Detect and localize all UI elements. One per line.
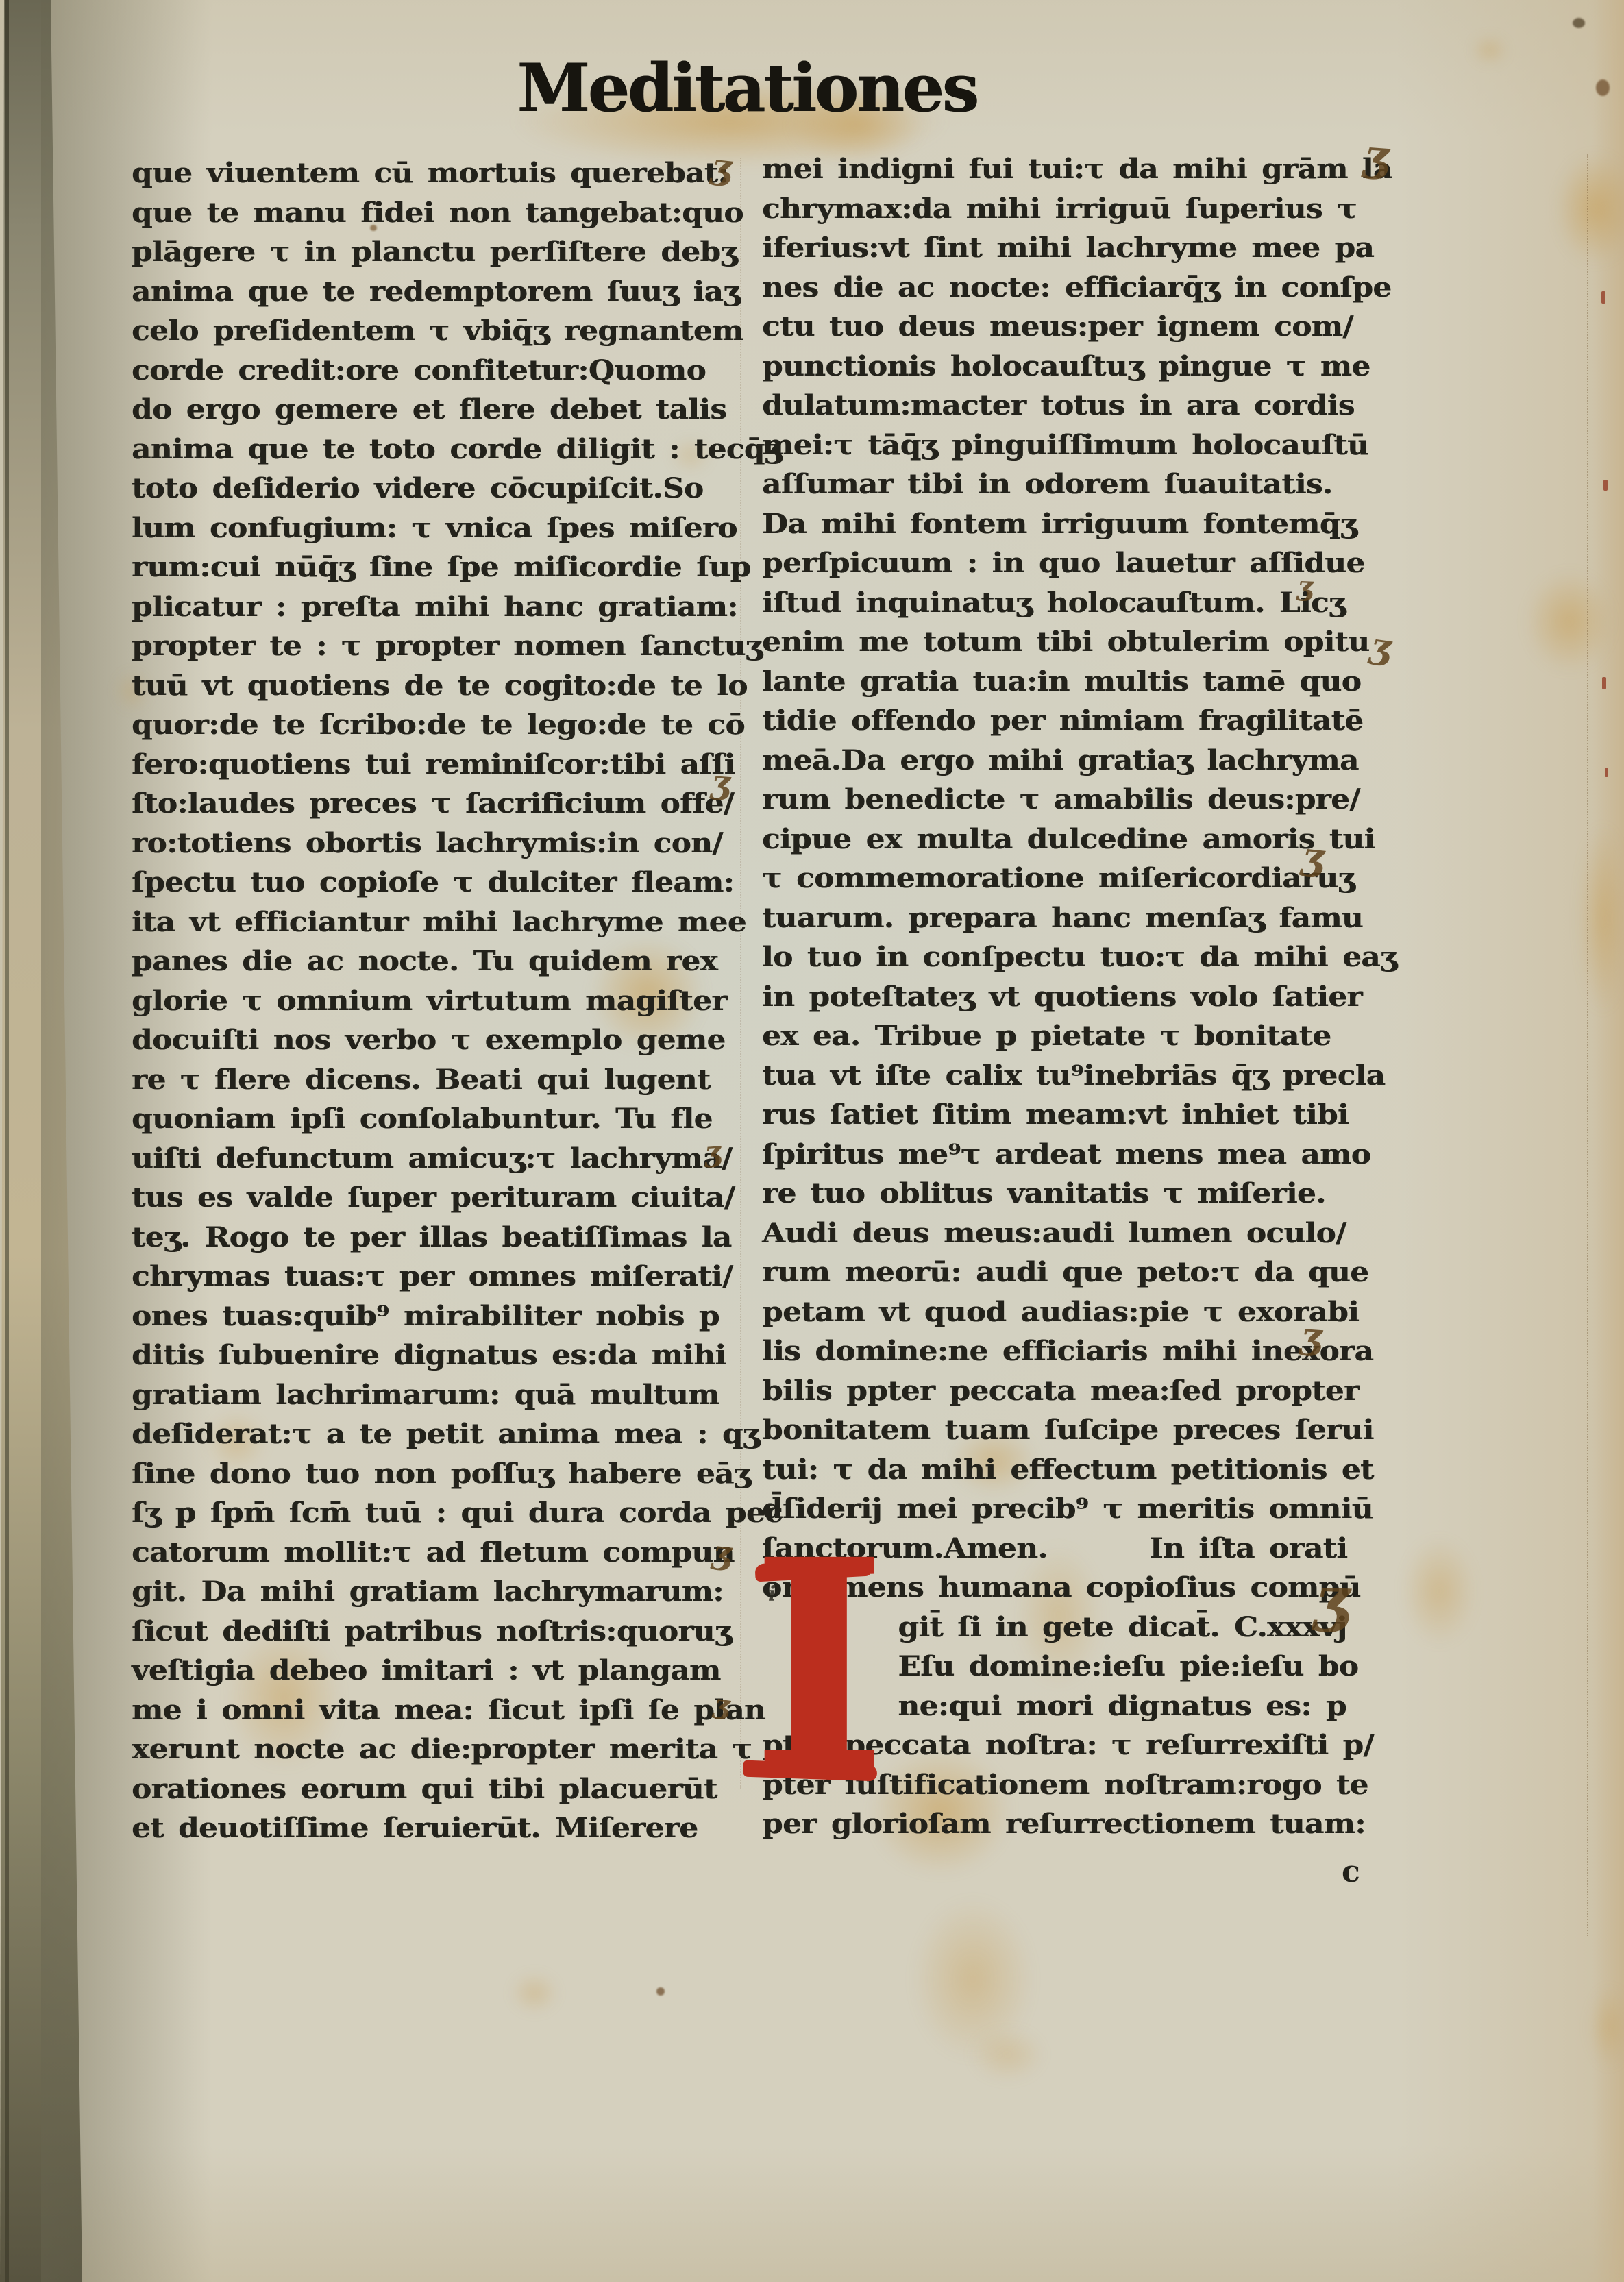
text-line: et deuotiſſime ſeruierūt. Miſerere — [132, 1808, 783, 1848]
text-line: ne:qui mori dignatus es: p — [898, 1686, 1397, 1726]
paper-stain — [1578, 822, 1624, 1014]
text-line: ita vt efficiantur mihi lachryme mee — [132, 903, 783, 942]
text-line: quoniam ipſi conſolabuntur. Tu fle — [132, 1099, 783, 1139]
text-line: lum confugium: τ vnica ſpes miſero — [132, 508, 783, 548]
text-line: corde credit:ore confitetur:Quomo — [132, 351, 783, 391]
text-line: anima que te toto corde diligit : tecq̄ʒ — [132, 430, 783, 469]
paper-stain — [1525, 570, 1614, 673]
text-line: mei:τ tāq̄ʒ pinguiſſimum holocauſtū — [762, 426, 1397, 465]
text-line: lo tuo in conſpectu tuo:τ da mihi eaʒ — [762, 937, 1397, 977]
text-line: tua vt iſte calix tu⁹inebriās q̄ʒ precla — [762, 1056, 1397, 1096]
text-line: ex ea. Tribue p pietate τ bonitate — [762, 1016, 1397, 1056]
text-line: ſto:laudes preces τ ſacrificium offe/ — [132, 784, 783, 824]
paper-stain — [1401, 1536, 1477, 1646]
text-line: iferius:vt ſint mihi lachryme mee pa — [762, 228, 1397, 268]
text-line: punctionis holocauſtuʒ pingue τ me — [762, 347, 1397, 387]
text-line: anima que te redemptorem ſuuʒ iaʒ — [132, 272, 783, 312]
text-line: quor:de te ſcribo:de te lego:de te cō — [132, 705, 783, 745]
paper-speck — [1596, 79, 1610, 96]
text-line: ſpiritus me⁹τ ardeat mens mea amo — [762, 1135, 1397, 1175]
edge-red-mark — [1605, 768, 1608, 777]
text-line: tidie offendo per nimiam fragilitatē — [762, 701, 1397, 741]
text-line: orationes eorum qui tibi placuerūt — [132, 1769, 783, 1809]
text-line: tus es valde ſuper perituram ciuita/ — [132, 1178, 783, 1218]
text-line: aſſumar tibi in odorem ſuauitatis. — [762, 465, 1397, 504]
text-line: cipue ex multa dulcedine amoris tui — [762, 820, 1397, 859]
text-line: fero:quotiens tui reminiſcor:tibi aſſi — [132, 745, 783, 785]
text-line: propter te : τ propter nomen ſanctuʒ — [132, 626, 783, 666]
text-line: plicatur : preſta mihi hanc gratiam: — [132, 587, 783, 627]
paper-speck — [1573, 18, 1585, 28]
text-line: teʒ. Rogo te per illas beatiſſimas la — [132, 1218, 783, 1257]
text-line: deſiderat:τ a te petit anima mea : qʒ — [132, 1414, 783, 1454]
text-line: rus ſatiet ſitim meam:vt inhiet tibi — [762, 1095, 1397, 1135]
margin-squiggle: ʒ — [710, 765, 731, 800]
text-line: Audi deus meus:audi lumen oculo/ — [762, 1214, 1397, 1253]
margin-squiggle: ʒ — [1362, 134, 1390, 179]
column-rule-right — [1587, 154, 1588, 1936]
text-line: re τ flere dicens. Beati qui lugent — [132, 1060, 783, 1100]
text-line: Da mihi fontem irriguum fontemq̄ʒ — [762, 504, 1397, 544]
text-line: tuū vt quotiens de te cogito:de te lo — [132, 666, 783, 706]
text-line: toto deſiderio videre cōcupiſcit.So — [132, 469, 783, 508]
text-line: ctu tuo deus meus:per ignem com/ — [762, 307, 1397, 347]
text-line: ſʒ p ſpm̄ ſcm̄ tuū : qui dura corda pec — [132, 1493, 783, 1533]
page-right-edge — [1592, 0, 1624, 2282]
margin-squiggle: ʒ — [1313, 1567, 1350, 1630]
margin-squiggle: ʒ — [709, 149, 733, 186]
text-line: que te manu fidei non tangebat:quo — [132, 193, 783, 233]
text-line: tuarum. prepara hanc menſaʒ famu — [762, 898, 1397, 938]
text-line: tui: τ da mihi effectum petitionis et — [762, 1450, 1397, 1490]
margin-squiggle: ʒ — [1300, 836, 1325, 876]
text-line: meā.Da ergo mihi gratiaʒ lachryma — [762, 741, 1397, 781]
text-line: lante gratia tua:in multis tamē quo — [762, 662, 1397, 702]
text-line: dulatum:macter totus in ara cordis — [762, 386, 1397, 426]
text-line: ſine dono tuo non poſſuʒ habere eāʒ — [132, 1454, 783, 1494]
text-line: ro:totiens obortis lachrymis:in con/ — [132, 824, 783, 863]
paper-stain — [1588, 1986, 1624, 2068]
text-line: Eſu domine:ieſu pie:ieſu bo — [898, 1647, 1397, 1686]
edge-red-mark — [1601, 291, 1605, 304]
margin-squiggle: ʒ — [1296, 573, 1313, 601]
text-line: uiſti defunctum amicuʒ:τ lachryma/ — [132, 1139, 783, 1179]
text-line: bonitatem tuam ſuſcipe preces ſerui — [762, 1410, 1397, 1450]
margin-squiggle: ʒ — [704, 1137, 722, 1167]
text-column-left: que viuentem cū mortuis querebat:que te … — [132, 154, 783, 1848]
text-line: do ergo gemere et flere debet talis — [132, 390, 783, 430]
text-line: rum meorū: audi que peto:τ da que — [762, 1253, 1397, 1292]
paper-stain — [1472, 36, 1508, 64]
text-line: glorie τ omnium virtutum magiſter — [132, 981, 783, 1021]
page-title: Meditationes — [130, 49, 1364, 127]
text-line: plāgere τ in planctu perſiſtere debʒ — [132, 232, 783, 272]
margin-squiggle: i — [768, 1584, 776, 1605]
text-line: ditis ſubuenire dignatus es:da mihi — [132, 1336, 783, 1375]
text-line: bilis ppter peccata mea:ſed propter — [762, 1371, 1397, 1411]
paper-stain — [510, 1972, 558, 2013]
text-line: rum benedicte τ amabilis deus:pre/ — [762, 780, 1397, 820]
text-line: gratiam lachrimarum: quā multum — [132, 1375, 783, 1415]
text-line: celo preſidentem τ vbiq̄ʒ regnantem — [132, 311, 783, 351]
binding-crease — [5, 0, 9, 2282]
text-line: re tuo oblitus vanitatis τ miſerie. — [762, 1174, 1397, 1214]
quire-signature-mark: c — [1342, 1854, 1360, 1889]
text-line: que viuentem cū mortuis querebat: — [132, 154, 783, 193]
paper-speck — [656, 1987, 665, 1996]
text-line: me i omni vita mea: ſicut ipſi ſe plan — [132, 1691, 783, 1730]
text-line: ſpectu tuo copioſe τ dulciter fleam: — [132, 863, 783, 903]
edge-red-mark — [1603, 480, 1608, 491]
text-line: xerunt nocte ac die:propter merita τ — [132, 1730, 783, 1769]
edge-red-mark — [1602, 677, 1606, 689]
text-line: ones tuas:quib⁹ mirabiliter nobis p — [132, 1297, 783, 1336]
text-line: chrymas tuas:τ per omnes miſerati/ — [132, 1257, 783, 1297]
margin-squiggle: ʒ — [1299, 1316, 1322, 1355]
paper-stain — [970, 2027, 1045, 2082]
text-line: panes die ac nocte. Tu quidem rex — [132, 942, 783, 981]
text-line: enim me totum tibi obtulerim opitu — [762, 622, 1397, 662]
text-line: in poteſtateʒ vt quotiens volo ſatier — [762, 977, 1397, 1017]
text-line: mei indigni fui tui:τ da mihi grām la — [762, 149, 1397, 189]
text-line: catorum mollit:τ ad fletum compun — [132, 1533, 783, 1573]
text-line: nes die ac nocte: efficiarq̄ʒ in conſpe — [762, 268, 1397, 308]
scanned-book-page: { "page": { "header_title": "Meditatione… — [0, 0, 1624, 2282]
text-line: veſtigia debeo imitari : vt plangam — [132, 1651, 783, 1691]
text-line: rum:cui nūq̄ʒ ſine ſpe miſicordie ſup — [132, 548, 783, 587]
text-line: docuiſti nos verbo τ exemplo geme — [132, 1020, 783, 1060]
text-line: chrymax:da mihi irriguū ſuperius τ — [762, 189, 1397, 229]
margin-squiggle: ʒ — [711, 1536, 733, 1571]
text-line: git. Da mihi gratiam lachrymarum: — [132, 1572, 783, 1612]
text-line: ſicut dediſti patribus noſtris:quoruʒ — [132, 1612, 783, 1652]
